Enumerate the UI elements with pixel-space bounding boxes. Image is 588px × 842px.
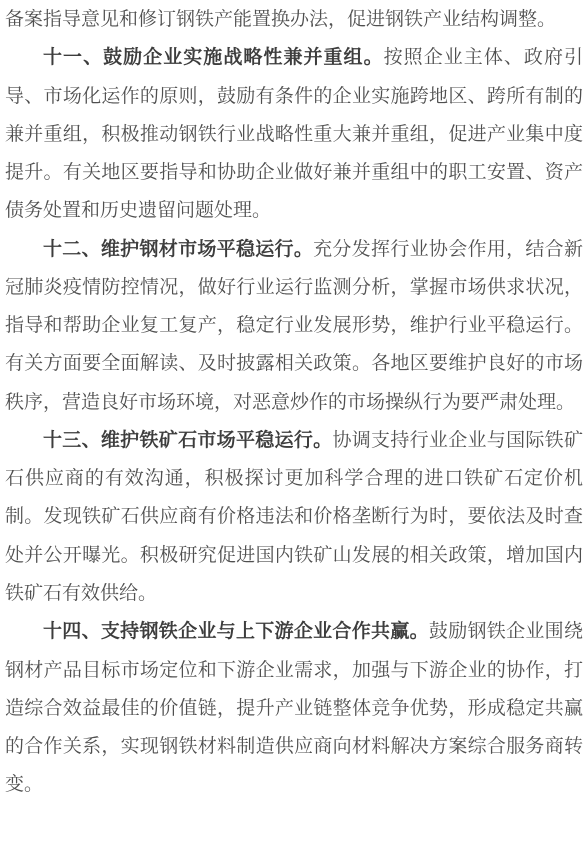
section-11-heading: 十一、鼓励企业实施战略性兼并重组。 — [43, 47, 384, 68]
paragraph-section-12: 十二、维护钢材市场平稳运行。充分发挥行业协会作用，结合新冠肺炎疫情防控情况，做好… — [5, 231, 583, 422]
section-13-heading: 十三、维护铁矿石市场平稳运行。 — [43, 430, 332, 451]
document-page: 备案指导意见和修订钢铁产能置换办法，促进钢铁产业结构调整。 十一、鼓励企业实施战… — [0, 0, 588, 842]
paragraph-section-13: 十三、维护铁矿石市场平稳运行。协调支持行业企业与国际铁矿石供应商的有效沟通，积极… — [5, 422, 583, 613]
paragraph-section-14: 十四、支持钢铁企业与上下游企业合作共赢。鼓励钢铁企业围绕钢材产品目标市场定位和下… — [5, 613, 583, 804]
section-12-body: 充分发挥行业协会作用，结合新冠肺炎疫情防控情况，做好行业运行监测分析，掌握市场供… — [5, 239, 583, 413]
section-14-body: 鼓励钢铁企业围绕钢材产品目标市场定位和下游企业需求，加强与下游企业的协作，打造综… — [5, 621, 583, 795]
section-12-heading: 十二、维护钢材市场平稳运行。 — [43, 239, 313, 260]
paragraph-continuation-text: 备案指导意见和修订钢铁产能置换办法，促进钢铁产业结构调整。 — [5, 9, 556, 30]
section-13-body: 协调支持行业企业与国际铁矿石供应商的有效沟通，积极探讨更加科学合理的进口铁矿石定… — [5, 430, 583, 604]
section-14-heading: 十四、支持钢铁企业与上下游企业合作共赢。 — [43, 621, 429, 642]
paragraph-section-11: 十一、鼓励企业实施战略性兼并重组。按照企业主体、政府引导、市场化运作的原则，鼓励… — [5, 39, 583, 230]
section-11-body: 按照企业主体、政府引导、市场化运作的原则，鼓励有条件的企业实施跨地区、跨所有制的… — [5, 47, 583, 221]
paragraph-continuation: 备案指导意见和修订钢铁产能置换办法，促进钢铁产业结构调整。 — [5, 1, 583, 39]
